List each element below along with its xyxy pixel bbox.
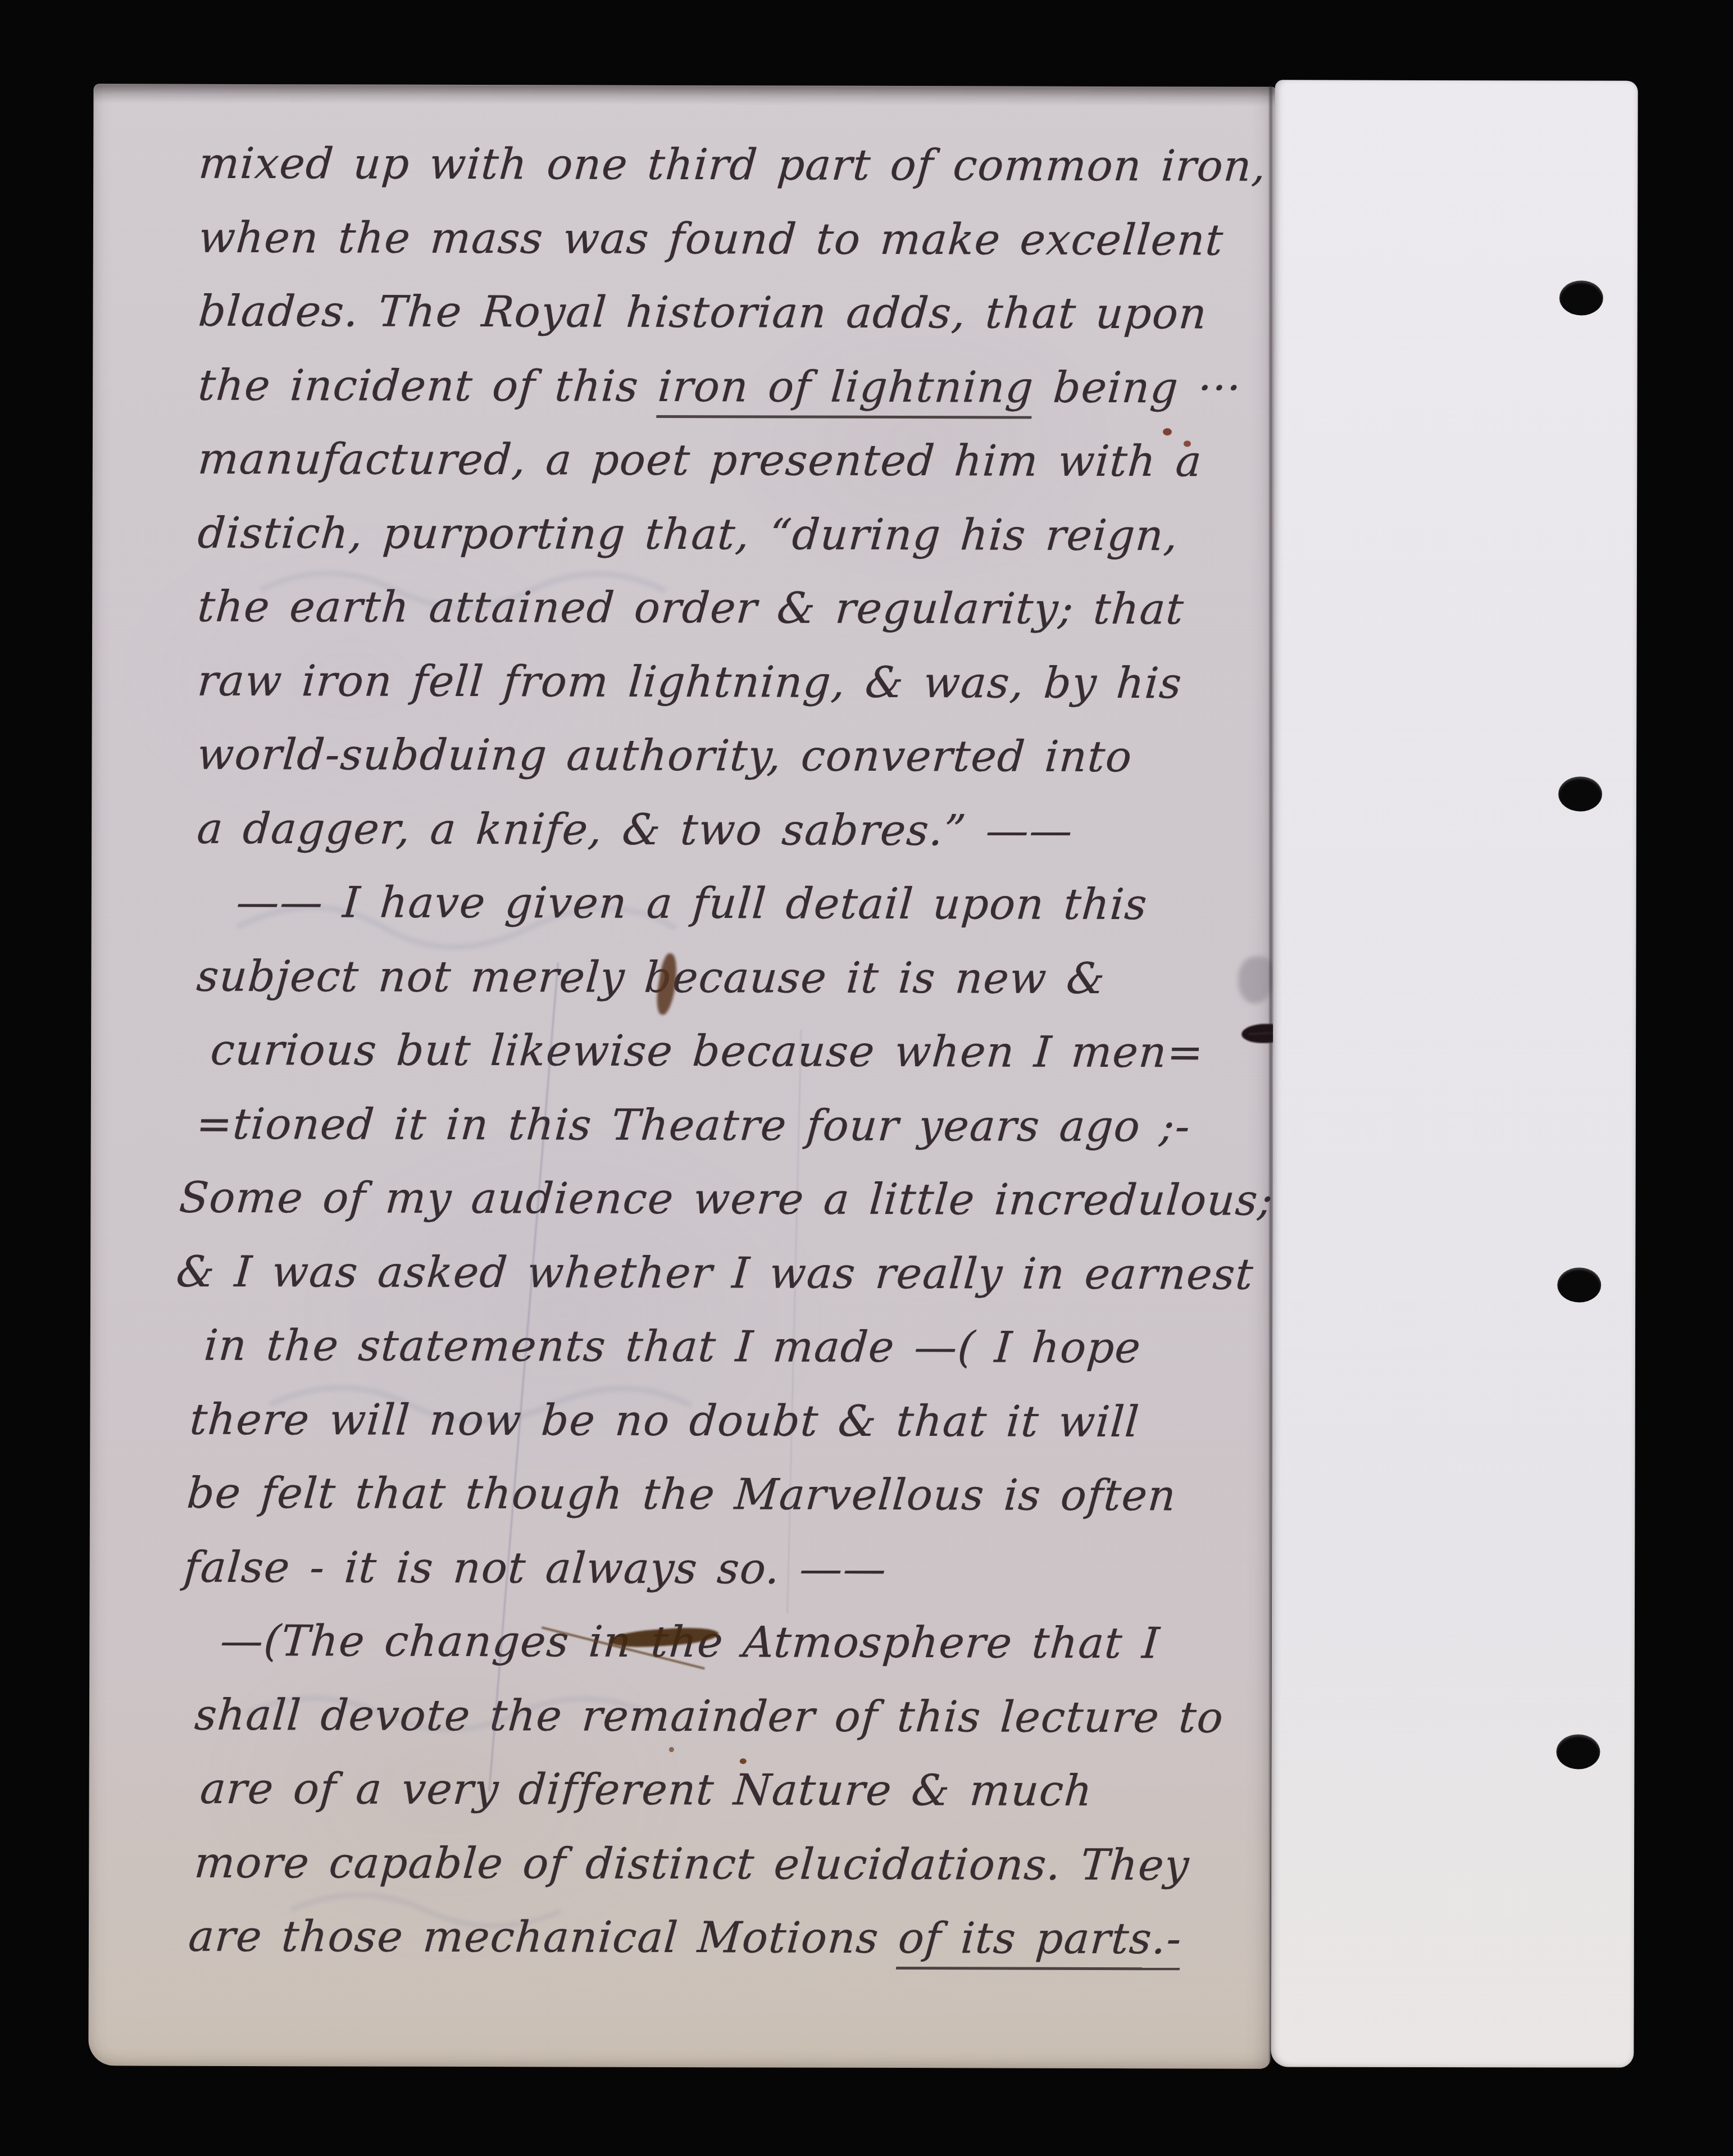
manuscript-page: mixed up with one third part of common i… xyxy=(88,84,1275,2068)
photo-stage: mixed up with one third part of common i… xyxy=(0,0,1733,2156)
line-text: —— I have given a full detail upon this xyxy=(235,877,1149,929)
line-text: Some of my audience were a little incred… xyxy=(178,1172,1290,1225)
handwritten-line: =tioned it in this Theatre four years ag… xyxy=(195,1099,1193,1152)
line-text: curious but likewise because when I men= xyxy=(209,1025,1206,1077)
line-text: when the mass was found to make excellen… xyxy=(197,212,1226,265)
line-text: the earth attained order & regularity; t… xyxy=(196,581,1186,634)
handwritten-line: the incident of this iron of lightning b… xyxy=(197,360,1243,413)
punch-hole xyxy=(1557,1267,1601,1302)
handwritten-line: when the mass was found to make excellen… xyxy=(197,212,1226,265)
handwritten-line: mixed up with one third part of common i… xyxy=(197,138,1268,191)
line-text: distich, purporting that, “during his re… xyxy=(196,508,1180,561)
line-text: world-subduing authority, converted into xyxy=(195,729,1134,781)
line-text: be felt that though the Marvellous is of… xyxy=(185,1468,1179,1521)
line-text: in the statements that I made —( I hope xyxy=(203,1320,1143,1372)
line-text: manufactured, a poet presented him with … xyxy=(197,434,1204,486)
handwritten-line: —(The changes in the Atmosphere that I xyxy=(219,1616,1162,1668)
line-text: there will now be no doubt & that it wil… xyxy=(188,1394,1141,1447)
handwritten-line: Some of my audience were a little incred… xyxy=(178,1172,1290,1225)
handwritten-line: in the statements that I made —( I hope xyxy=(203,1320,1143,1372)
handwritten-line: more capable of distinct elucidations. T… xyxy=(193,1837,1191,1890)
line-text: subject not merely because it is new & xyxy=(195,951,1107,1003)
handwritten-line: subject not merely because it is new & xyxy=(195,951,1107,1003)
punched-paper-strip xyxy=(1271,80,1638,2067)
handwritten-line: distich, purporting that, “during his re… xyxy=(196,508,1180,561)
handwritten-line: false - it is not always so. —— xyxy=(182,1542,888,1594)
line-text: —(The changes in the Atmosphere that I xyxy=(219,1616,1162,1668)
handwritten-line: world-subduing authority, converted into xyxy=(195,729,1134,781)
line-text: are those mechanical Motions xyxy=(187,1911,900,1963)
line-text: false - it is not always so. —— xyxy=(182,1542,888,1594)
handwritten-line: are of a very different Nature & much xyxy=(198,1763,1094,1816)
line-text: a dagger, a knife, & two sabres.” —— xyxy=(195,803,1075,856)
handwritten-line: shall devote the remainder of this lectu… xyxy=(193,1690,1226,1743)
handwritten-line: blades. The Royal historian adds, that u… xyxy=(197,286,1209,339)
underlined-phrase: of its parts.- xyxy=(896,1913,1184,1970)
underlined-phrase: iron of lightning xyxy=(656,361,1036,419)
line-text: the incident of this xyxy=(197,360,660,411)
punch-hole xyxy=(1559,280,1603,315)
line-text: =tioned it in this Theatre four years ag… xyxy=(195,1099,1193,1152)
handwritten-line: be felt that though the Marvellous is of… xyxy=(185,1468,1179,1521)
line-text: more capable of distinct elucidations. T… xyxy=(193,1837,1191,1890)
handwritten-line: & I was asked whether I was really in ea… xyxy=(175,1247,1290,1299)
line-text: being ··· xyxy=(1032,362,1243,413)
line-text: & I was asked whether I was really in ea… xyxy=(175,1247,1290,1299)
handwritten-text-block: mixed up with one third part of common i… xyxy=(88,84,1275,2068)
handwritten-line: are those mechanical Motions of its part… xyxy=(187,1911,1184,1964)
line-text: shall devote the remainder of this lectu… xyxy=(193,1690,1226,1743)
line-text: mixed up with one third part of common i… xyxy=(197,138,1268,191)
line-text: blades. The Royal historian adds, that u… xyxy=(197,286,1209,339)
handwritten-line: the earth attained order & regularity; t… xyxy=(196,581,1186,634)
punch-hole xyxy=(1556,1734,1600,1769)
handwritten-line: there will now be no doubt & that it wil… xyxy=(188,1394,1141,1447)
handwritten-line: curious but likewise because when I men= xyxy=(209,1025,1206,1077)
punch-hole xyxy=(1558,776,1602,811)
line-text: raw iron fell from lightning, & was, by … xyxy=(196,656,1184,708)
handwritten-line: —— I have given a full detail upon this xyxy=(235,877,1149,929)
handwritten-line: a dagger, a knife, & two sabres.” —— xyxy=(195,803,1075,856)
handwritten-line: manufactured, a poet presented him with … xyxy=(197,434,1204,486)
line-text: are of a very different Nature & much xyxy=(198,1763,1094,1816)
handwritten-line: raw iron fell from lightning, & was, by … xyxy=(196,656,1184,708)
